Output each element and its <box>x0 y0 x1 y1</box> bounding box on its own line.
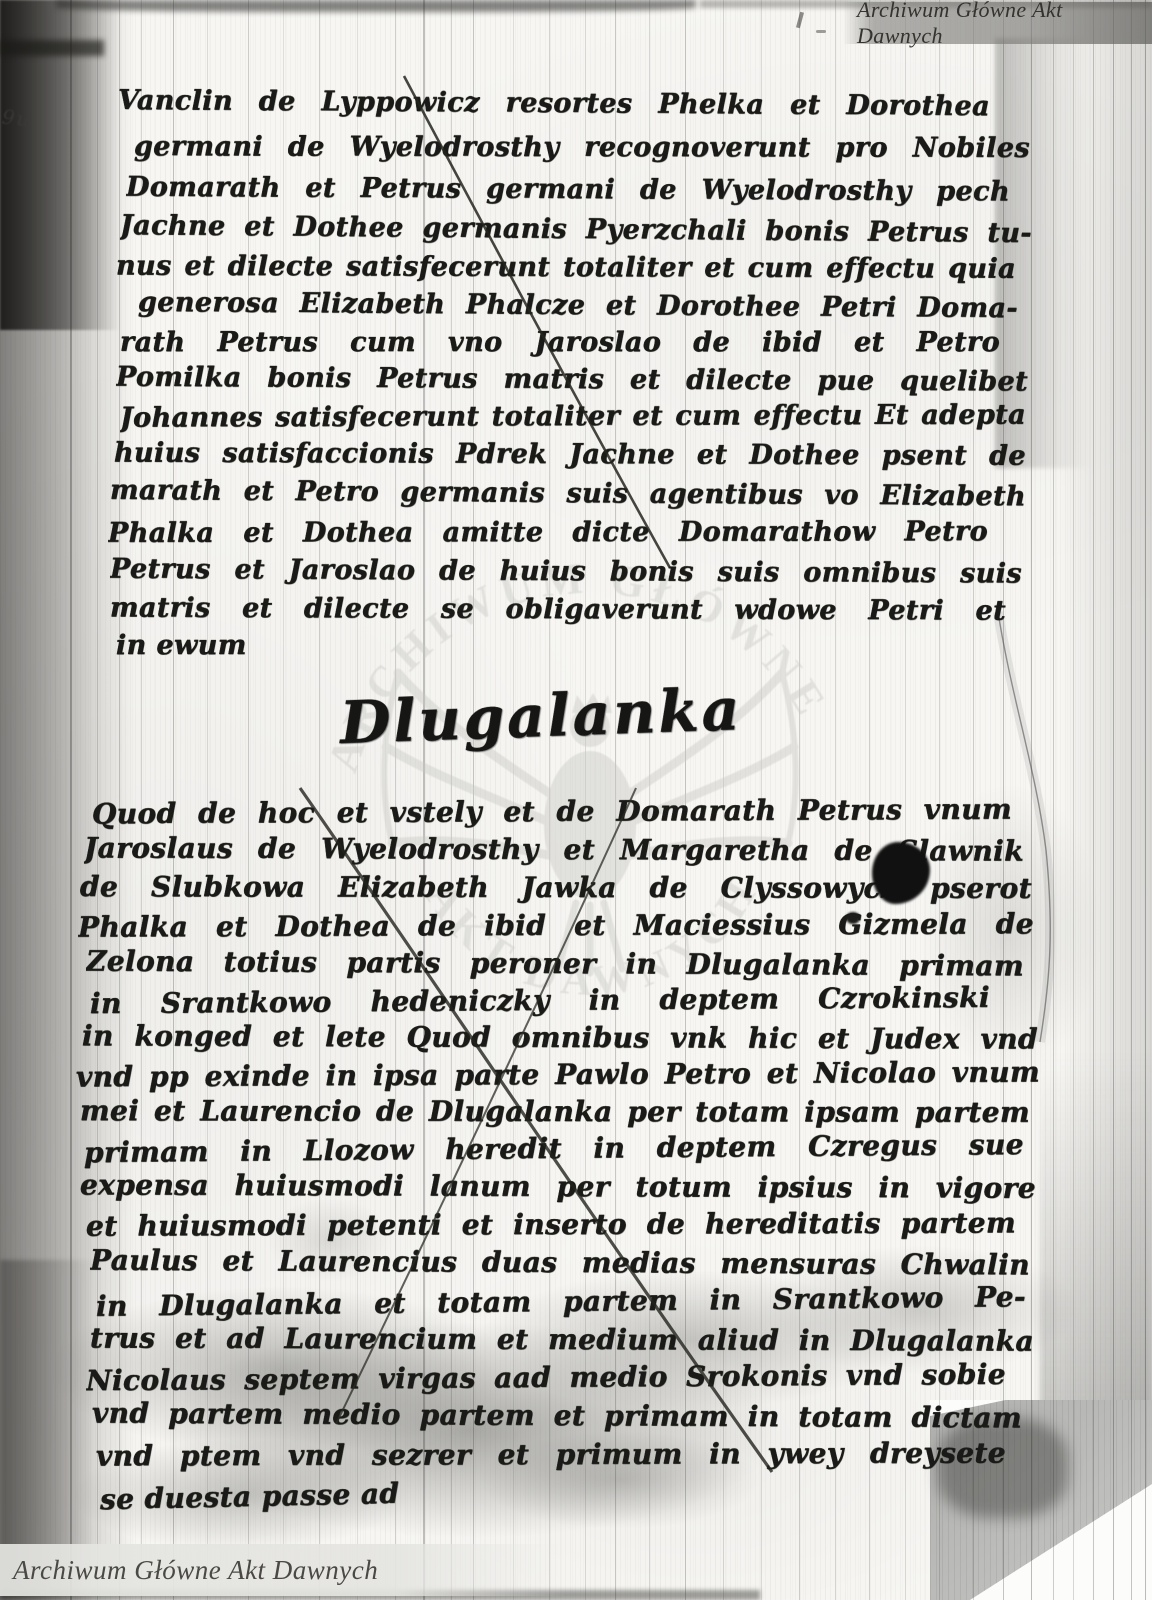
handwritten-line: se duesta passe ad <box>100 1477 400 1516</box>
handwritten-line: Nicolaus septem virgas aad medio Srokoni… <box>86 1358 1006 1400</box>
ink-dot <box>846 912 860 924</box>
handwritten-line: in ewum <box>116 630 247 661</box>
handwritten-line: vnd partem medio partem et primam in tot… <box>92 1397 1022 1438</box>
handwritten-line: primam in Llozow heredit in deptem Czreg… <box>84 1128 1024 1172</box>
handwritten-line: rath Petrus cum vno Jaroslao de ibid et … <box>120 327 1000 363</box>
handwritten-line: trus et ad Laurencium et medium aliud in… <box>90 1321 1034 1360</box>
handwritten-line: expensa huiusmodi lanum per totum ipsius… <box>80 1168 1036 1207</box>
handwritten-line: in Srantkowo hedeniczky in deptem Czroki… <box>90 981 990 1023</box>
handwritten-line: marath et Petro germanis suis agentibus … <box>110 475 1026 517</box>
ink-speck <box>816 30 826 33</box>
manuscript-page: ARCHIWUM GŁÓWNE AKT DAWNYCH 9u Vanclin d… <box>0 0 1152 1600</box>
handwritten-line: nus et dilecte satisfecerunt totaliter e… <box>116 250 1016 289</box>
handwritten-line: Vanclin de Lyppowicz resortes Phelka et … <box>118 85 990 127</box>
handwritten-line: huius satisfaccionis Pdrek Jachne et Dot… <box>114 437 1026 476</box>
handwritten-line: Zelona totius partis peroner in Dlugalan… <box>86 945 1024 986</box>
handwritten-line: vnd ptem vnd sezrer et primum in ywey dr… <box>96 1436 1006 1475</box>
handwritten-line: in konged et lete Quod omnibus vnk hic e… <box>82 1019 1038 1058</box>
handwritten-line: generosa Elizabeth Phalcze et Dorothee P… <box>138 287 1018 329</box>
handwritten-line: Domarath et Petrus germani de Wyelodrost… <box>126 172 1010 213</box>
archive-name-bottom: Archiwum Główne Akt Dawnych <box>13 1555 378 1586</box>
watermark-band-bottom-left: Archiwum Główne Akt Dawnych <box>0 1544 565 1596</box>
ink-speck <box>796 12 804 28</box>
handwritten-line: Phalka et Dothea amitte dicte Domarathow… <box>108 516 988 554</box>
handwritten-line: Paulus et Laurencius duas medias mensura… <box>90 1244 1030 1285</box>
handwritten-line: vnd pp exinde in ipsa parte Pawlo Petro … <box>76 1055 1040 1096</box>
handwritten-line: Johannes satisfecerunt totaliter et cum … <box>120 399 1026 438</box>
section-heading: Dlugalanka <box>339 675 743 757</box>
margin-mark: 9u <box>1 105 33 132</box>
handwritten-line: Phalka et Dothea de ibid et Maciessius G… <box>78 907 1034 946</box>
handwritten-line: Pomilka bonis Petrus matris et dilecte p… <box>116 362 1028 403</box>
archive-name-top: Archiwum Główne Akt Dawnych <box>857 0 1152 49</box>
binding-edge-notch <box>0 40 104 56</box>
top-edge-smudge <box>56 0 696 12</box>
handwritten-line: Quod de hoc et vstely et de Domarath Pet… <box>92 793 1012 834</box>
handwritten-line: in Dlugalanka et totam partem in Srantko… <box>96 1280 1026 1326</box>
handwritten-line: mei et Laurencio de Dlugalanka per totam… <box>80 1094 1030 1132</box>
handwritten-line: matris et dilecte se obligaverunt wdowe … <box>110 592 1006 631</box>
watermark-band-top-right: Archiwum Główne Akt Dawnych <box>843 2 1152 44</box>
handwritten-line: Jachne et Dothee germanis Pyerzchali bon… <box>120 210 1032 254</box>
handwritten-line: et huiusmodi petenti et inserto de hered… <box>86 1206 1016 1245</box>
handwritten-line: Petrus et Jaroslao de huius bonis suis o… <box>110 554 1022 595</box>
handwritten-line: germani de Wyelodrosthy recognoverunt pr… <box>134 131 1030 169</box>
